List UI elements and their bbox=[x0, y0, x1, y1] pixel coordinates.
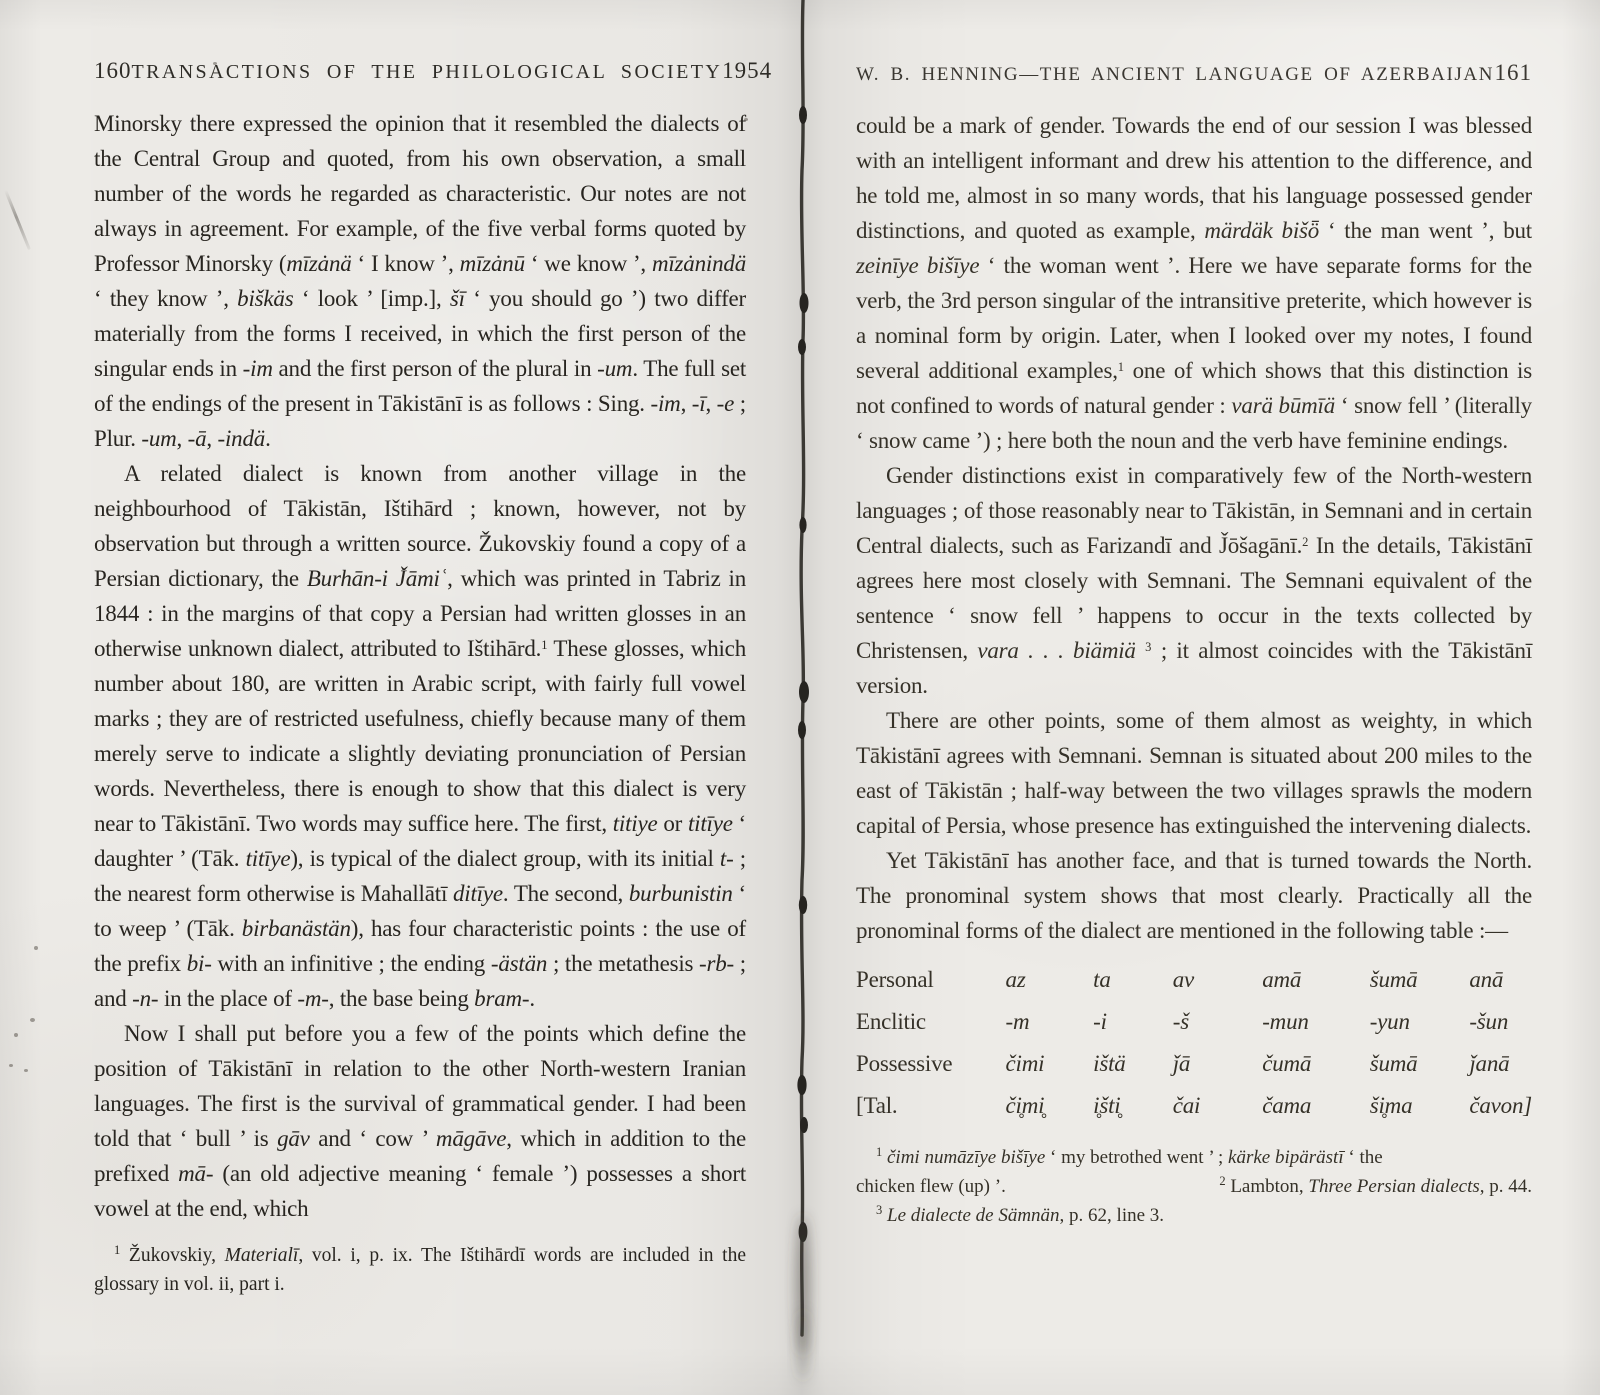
pronoun-cell: -yun bbox=[1370, 1000, 1470, 1042]
pronoun-cell: čai bbox=[1173, 1084, 1262, 1126]
pronoun-cell: -m bbox=[1006, 1000, 1094, 1042]
table-row-talyshi: [Tal. či̥mi̥ i̥šti̥ čai čama ši̥ma čavon… bbox=[856, 1084, 1532, 1126]
pronoun-cell: ta bbox=[1093, 958, 1173, 1000]
running-head-title-right: W. B. HENNING—THE ANCIENT LANGUAGE OF AZ… bbox=[856, 64, 1494, 86]
running-head-title-left: TRANSACTIONS OF THE PHILOLOGICAL SOCIETY bbox=[132, 61, 723, 84]
pronoun-cell: šumā bbox=[1370, 958, 1470, 1000]
right-page: W. B. HENNING—THE ANCIENT LANGUAGE OF AZ… bbox=[856, 60, 1532, 1230]
footnote-zukovskiy: 1 Žukovskiy, Materialī, vol. i, p. ix. T… bbox=[94, 1241, 746, 1299]
pronoun-cell: -i bbox=[1093, 1000, 1173, 1042]
ink-speckle bbox=[30, 1018, 35, 1022]
pencil-mark bbox=[4, 190, 30, 250]
pronoun-cell: anā bbox=[1469, 958, 1532, 1000]
footnote-2: 2 Lambton, Three Persian dialects, p. 44… bbox=[1219, 1172, 1532, 1201]
paragraph-gender-survival: Now I shall put before you a few of the … bbox=[94, 1016, 746, 1226]
pronoun-cell: i̥šti̥ bbox=[1093, 1084, 1173, 1126]
footnote-1-line-1: 1 čimi numāzīye bišīye ‘ my betrothed we… bbox=[856, 1143, 1532, 1172]
pronoun-cell: az bbox=[1006, 958, 1094, 1000]
pronoun-row-label: Enclitic bbox=[856, 1000, 1006, 1042]
pronoun-cell: -mun bbox=[1262, 1000, 1370, 1042]
scanned-book-spread: 160 TRANSACTIONS OF THE PHILOLOGICAL SOC… bbox=[0, 0, 1600, 1395]
right-page-footnotes: 1 čimi numāzīye bišīye ‘ my betrothed we… bbox=[856, 1143, 1532, 1230]
ink-speckle bbox=[34, 946, 38, 950]
table-row-possessive: Possessive čimi ištä ǰā čumā šumā ǰanā bbox=[856, 1042, 1532, 1084]
pronoun-cell: čumā bbox=[1262, 1042, 1370, 1084]
pronoun-cell: šumā bbox=[1370, 1042, 1470, 1084]
footnote-3: 3 Le dialecte de Sämnän, p. 62, line 3. bbox=[856, 1201, 1532, 1230]
pronoun-cell: av bbox=[1173, 958, 1262, 1000]
pronoun-cell: ši̥ma bbox=[1370, 1084, 1470, 1126]
ink-speckle bbox=[9, 1064, 13, 1067]
pronoun-cell: čimi bbox=[1006, 1042, 1094, 1084]
running-head-left: 160 TRANSACTIONS OF THE PHILOLOGICAL SOC… bbox=[94, 58, 746, 84]
ink-speckle bbox=[14, 1033, 18, 1037]
paragraph-gender-mark: could be a mark of gender. Towards the e… bbox=[856, 108, 1532, 458]
left-page-body: Minorsky there expressed the opinion tha… bbox=[94, 106, 746, 1226]
left-page: 160 TRANSACTIONS OF THE PHILOLOGICAL SOC… bbox=[94, 58, 746, 1299]
pronoun-cell: čama bbox=[1262, 1084, 1370, 1126]
pronoun-cell: ǰā bbox=[1173, 1042, 1262, 1084]
page-number-left: 160 bbox=[94, 58, 132, 84]
pronoun-cell: čavon] bbox=[1469, 1084, 1532, 1126]
pronoun-row-label: Possessive bbox=[856, 1042, 1006, 1084]
pronoun-row-label: [Tal. bbox=[856, 1084, 1006, 1126]
table-row-personal: Personal az ta av amā šumā anā bbox=[856, 958, 1532, 1000]
footnote-1-continuation: chicken flew (up) ’. bbox=[856, 1172, 1006, 1201]
running-head-right: W. B. HENNING—THE ANCIENT LANGUAGE OF AZ… bbox=[856, 60, 1532, 86]
page-number-right: 161 bbox=[1495, 60, 1533, 86]
pronoun-cell: -š bbox=[1173, 1000, 1262, 1042]
paragraph-other-points: There are other points, some of them alm… bbox=[856, 703, 1532, 843]
pronoun-cell: ištä bbox=[1093, 1042, 1173, 1084]
paragraph-related-dialect: A related dialect is known from another … bbox=[94, 456, 746, 1016]
pronoun-cell: či̥mi̥ bbox=[1006, 1084, 1094, 1126]
binding-gutter bbox=[772, 0, 836, 1395]
pronoun-cell: amā bbox=[1262, 958, 1370, 1000]
paragraph-continuation: Minorsky there expressed the opinion tha… bbox=[94, 106, 746, 456]
paragraph-pronominal-system: Yet Tākistānī has another face, and that… bbox=[856, 843, 1532, 948]
pronoun-table: Personal az ta av amā šumā anā Enclitic … bbox=[856, 958, 1532, 1126]
ink-speckle bbox=[24, 1069, 28, 1072]
binding-smudge-faint bbox=[797, 1310, 809, 1380]
table-row-enclitic: Enclitic -m -i -š -mun -yun -šun bbox=[856, 1000, 1532, 1042]
pronoun-cell: -šun bbox=[1469, 1000, 1532, 1042]
pronoun-row-label: Personal bbox=[856, 958, 1006, 1000]
running-head-year: 1954 bbox=[722, 58, 772, 84]
footnote-1-line-2: chicken flew (up) ’. 2 Lambton, Three Pe… bbox=[856, 1172, 1532, 1201]
pronoun-cell: ǰanā bbox=[1469, 1042, 1532, 1084]
right-page-body: could be a mark of gender. Towards the e… bbox=[856, 108, 1532, 1126]
binding-thread bbox=[801, 0, 803, 1335]
paragraph-gender-distinctions: Gender distinctions exist in comparative… bbox=[856, 458, 1532, 703]
